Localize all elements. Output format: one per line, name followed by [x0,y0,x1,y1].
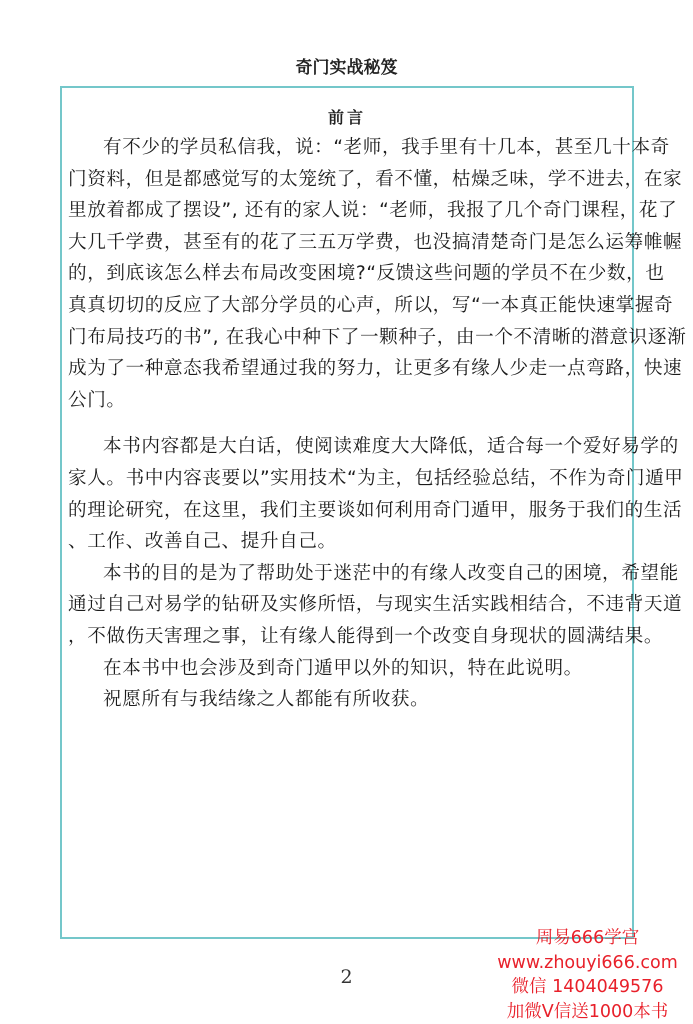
watermark-wechat: 微信 1404049576 [482,975,693,1000]
text-line: 成为了一种意态我希望通过我的努力，让更多有缘人少走一点弯路，快速 [68,353,630,385]
text-line: 通过自己对易学的钻研及实修所悟，与现实生活实践相结合，不违背天道 [68,589,630,621]
text-line: 公门。 [68,385,630,417]
text-line: 本书的目的是为了帮助处于迷茫中的有缘人改变自己的困境，希望能 [68,558,630,590]
text-line: 大几千学费，甚至有的花了三五万学费，也没搞清楚奇门是怎么运筹帷幄 [68,227,630,259]
text-line: 的，到底该怎么样去布局改变困境?“反馈这些问题的学员不在少数，也 [68,258,630,290]
text-line: 在本书中也会涉及到奇门遁甲以外的知识，特在此说明。 [68,653,630,685]
text-line: 门资料，但是都感觉写的太笼统了，看不懂，枯燥乏味，学不进去，在家 [68,164,630,196]
text-line: 真真切切的反应了大部分学员的心声，所以，写“一本真正能快速掌握奇 [68,290,630,322]
content-frame: 前言 有不少的学员私信我，说：“老师，我手里有十几本，甚至几十本奇 门资料，但是… [60,86,634,939]
text-line: ，不做伤天害理之事，让有缘人能得到一个改变自身现状的圆满结果。 [68,621,630,653]
text-line: 有不少的学员私信我，说：“老师，我手里有十几本，甚至几十本奇 [68,132,630,164]
text-line: 门布局技巧的书”, 在我心中种下了一颗种子，由一个不清晰的潜意识逐渐 [68,322,630,354]
section-title: 前言 [62,105,632,128]
text-line: 、工作、改善自己、提升自己。 [68,526,630,558]
text-line: 祝愿所有与我结缘之人都能有所收获。 [68,684,630,716]
text-line: 本书内容都是大白话，使阅读难度大大降低，适合每一个爱好易学的 [68,431,630,463]
text-line: 家人。书中内容丧要以”实用技术“为主，包括经验总结，不作为奇门遁甲 [68,463,630,495]
watermark: 周易666学宫 www.zhouyi666.com 微信 1404049576 … [482,926,693,1024]
text-line: 里放着都成了摆设”, 还有的家人说：“老师，我报了几个奇门课程，花了 [68,195,630,227]
watermark-offer: 加微V信送1000本书 [482,1000,693,1024]
book-title: 奇门实战秘笈 [0,53,693,78]
body-text: 有不少的学员私信我，说：“老师，我手里有十几本，甚至几十本奇 门资料，但是都感觉… [68,132,630,716]
watermark-brand: 周易666学宫 [482,926,693,951]
watermark-url: www.zhouyi666.com [482,951,693,976]
text-line: 的理论研究，在这里，我们主要谈如何利用奇门遁甲，服务于我们的生活 [68,495,630,527]
